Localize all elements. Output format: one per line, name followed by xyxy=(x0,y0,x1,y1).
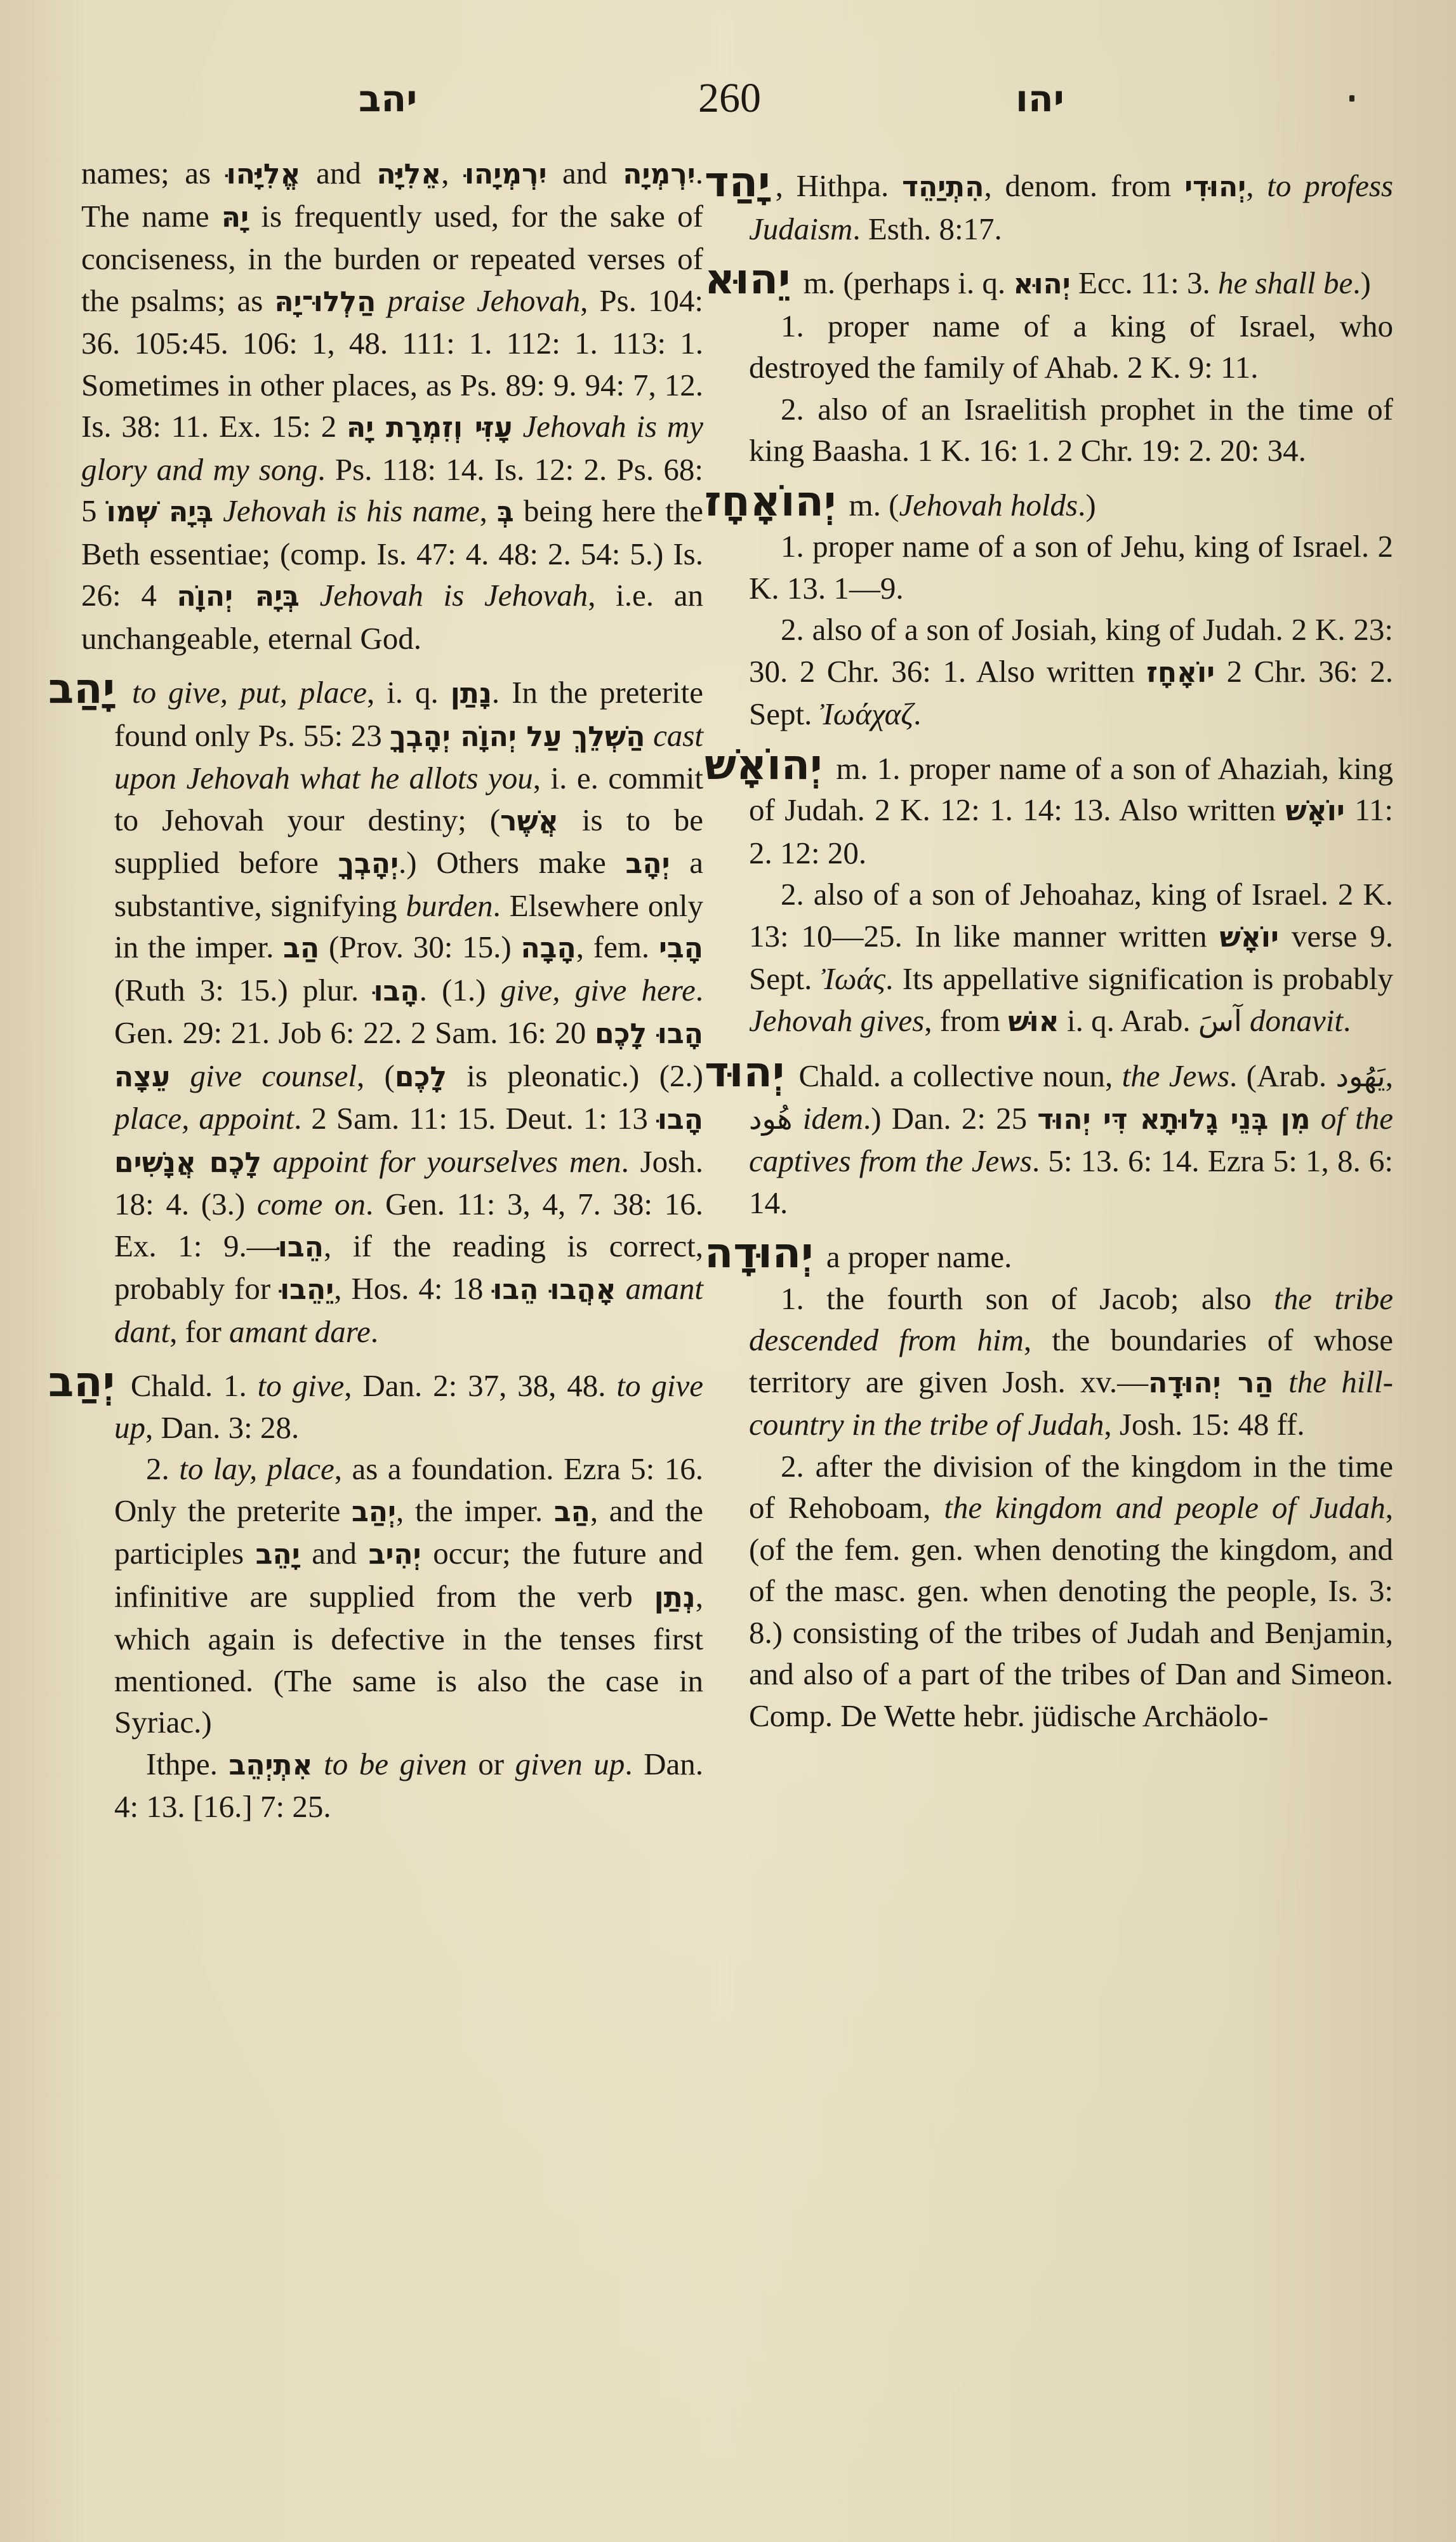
hebrew-text: אֵלִיָּה xyxy=(376,158,441,190)
ink-speck xyxy=(1349,95,1354,102)
entry-sense: 2. also of a son of Josiah, king of Juda… xyxy=(749,609,1393,735)
hebrew-text: יִרְמְיָהוּ xyxy=(465,158,547,190)
hebrew-text: הָבִי xyxy=(659,932,703,964)
right-column: יָהַד, Hithpa. הִתְיַהֵד, denom. from יְ… xyxy=(736,152,1393,1740)
hebrew-text: נְתַן xyxy=(654,1581,696,1614)
right-entries: יָהַד, Hithpa. הִתְיַהֵד, denom. from יְ… xyxy=(736,161,1393,1736)
italic-gloss: the kingdom and people of Judah xyxy=(944,1490,1385,1525)
hebrew-text: יוֹאָשׁ xyxy=(1220,921,1279,954)
italic-gloss: give, give here xyxy=(501,973,696,1008)
dictionary-entry: יֵהוּא m. (perhaps i. q. יְהוּא Ecc. 11:… xyxy=(736,258,1393,472)
page-number: 260 xyxy=(698,73,761,124)
hebrew-text: יְהַב xyxy=(352,1496,396,1528)
hebrew-text: יִרְמְיָה xyxy=(623,158,695,190)
hebrew-text: יָהּ xyxy=(222,201,249,234)
hebrew-text: יָהֵב xyxy=(256,1538,300,1571)
right-running-head: יהו xyxy=(1016,73,1064,124)
hebrew-text: הַר יְהוּדָה xyxy=(1148,1367,1274,1399)
dictionary-entry: יָהַד, Hithpa. הִתְיַהֵד, denom. from יְ… xyxy=(736,161,1393,250)
italic-gloss: to lay, place xyxy=(179,1451,334,1486)
hebrew-text: הַשְׁלֵךְ עַל יְהוָֹה יְהָבְךָ xyxy=(390,721,645,753)
hebrew-text: יוֹאָחָז xyxy=(1146,656,1215,689)
dictionary-entry: יָהַב to give, put, place, i. q. נָתַן. … xyxy=(81,668,703,1352)
dictionary-entry: יְהוֹאָחָז m. (Jehovah holds.)1. proper … xyxy=(736,481,1393,735)
hebrew-text: נָתַן xyxy=(451,677,492,710)
italic-gloss: idem xyxy=(803,1101,863,1136)
dictionary-entry: יְהוֹאָשׁ m. 1. proper name of a son of … xyxy=(736,744,1393,1043)
entry-headword: יְהוֹאָשׁ xyxy=(705,740,823,789)
hebrew-text: הֵבוּ xyxy=(278,1231,324,1263)
italic-gloss: burden xyxy=(406,888,493,923)
entry-headword: יְהוּד xyxy=(705,1048,784,1096)
running-header: יהב 260 יהו xyxy=(0,73,1456,124)
italic-gloss: praise Jehovah xyxy=(387,283,580,318)
entry-sense: 2. also of a son of Jehoahaz, king of Is… xyxy=(749,874,1393,1042)
left-column: names; as אֱלִיָּהוּ and אֵלִיָּה, יִרְמ… xyxy=(81,152,703,1832)
italic-gloss: place, appoint xyxy=(114,1101,294,1136)
entry-sense: 1. proper name of a son of Jehu, king of… xyxy=(749,526,1393,609)
entry-definition: יָהַד, Hithpa. הִתְיַהֵד, denom. from יְ… xyxy=(749,161,1393,250)
hebrew-text: בְּ xyxy=(497,496,514,528)
entry-headword: יָהַד xyxy=(705,157,771,206)
hebrew-text: בְּיָהּ שְׁמוֹ xyxy=(107,496,213,528)
hebrew-text: יֵהֵבוּ xyxy=(280,1274,334,1306)
entry-headword: יְהוֹאָחָז xyxy=(705,477,836,526)
dictionary-entry: יְהוּדָה a proper name.1. the fourth son… xyxy=(736,1232,1393,1736)
entry-sense: 2. also of an Israelitish prophet in the… xyxy=(749,389,1393,472)
italic-gloss: come on xyxy=(257,1187,366,1221)
dictionary-entry: יְהַב Chald. 1. to give, Dan. 2: 37, 38,… xyxy=(81,1361,703,1828)
arabic-text: يَهُود xyxy=(1335,1059,1385,1093)
hebrew-text: הָבָה xyxy=(520,932,576,964)
entry-sense: 2. after the division of the kingdom in … xyxy=(749,1446,1393,1737)
entry-definition: יְהוֹאָשׁ m. 1. proper name of a son of … xyxy=(749,744,1393,874)
italic-gloss: the hill-country in the tribe of Judah xyxy=(749,1364,1393,1442)
continuation-paragraph: names; as אֱלִיָּהוּ and אֵלִיָּה, יִרְמ… xyxy=(81,152,703,659)
hebrew-text: הַב xyxy=(283,932,319,964)
italic-gloss: Jehovah gives xyxy=(749,1003,924,1038)
italic-gloss: Jehovah holds xyxy=(899,488,1078,522)
italic-gloss: give counsel xyxy=(190,1058,357,1093)
entry-headword: יְהַב xyxy=(48,1357,115,1406)
hebrew-text: יוֹאָשׁ xyxy=(1285,795,1344,827)
entry-sense: Ithpe. אִתְיְהֵב to be given or given up… xyxy=(114,1743,703,1828)
hebrew-text: לָכֶם xyxy=(395,1061,447,1093)
hebrew-text: עָזִּי וְזִמְרָת יָהּ xyxy=(347,411,513,444)
entry-sense: 1. proper name of a king of Israel, who … xyxy=(749,305,1393,389)
italic-gloss: to give, put, place xyxy=(132,675,367,710)
italic-gloss: donavit xyxy=(1250,1003,1343,1038)
hebrew-text: אָהֲבוּ הֵבוּ xyxy=(493,1274,616,1306)
dictionary-page: יהב 260 יהו names; as אֱלִיָּהוּ and אֵל… xyxy=(0,0,1456,2542)
italic-gloss: Jehovah is his name xyxy=(223,493,479,528)
italic-gloss: the tribe descended from him xyxy=(749,1281,1393,1358)
hebrew-text: יְהוּדִי xyxy=(1184,171,1246,203)
hebrew-text: הָבוּ xyxy=(373,975,419,1008)
hebrew-text: אִתְיְהֵב xyxy=(228,1749,312,1781)
entry-headword: יֵהוּא xyxy=(705,255,790,303)
greek-text: Ἰωάχαζ xyxy=(820,696,914,731)
hebrew-text: יְהָב xyxy=(626,848,670,880)
entry-definition: יֵהוּא m. (perhaps i. q. יְהוּא Ecc. 11:… xyxy=(749,258,1393,305)
hebrew-text: הַב xyxy=(554,1496,590,1528)
entry-definition: יְהוֹאָחָז m. (Jehovah holds.) xyxy=(749,481,1393,526)
arabic-text: هُود xyxy=(749,1101,793,1136)
entry-definition: יָהַב to give, put, place, i. q. נָתַן. … xyxy=(114,668,703,1352)
italic-gloss: given up xyxy=(515,1747,625,1781)
entry-definition: יְהַב Chald. 1. to give, Dan. 2: 37, 38,… xyxy=(114,1361,703,1448)
italic-gloss: he shall be xyxy=(1218,265,1353,300)
italic-gloss: to give up xyxy=(114,1368,703,1445)
arabic-text: آسَ xyxy=(1198,1004,1242,1038)
entry-sense: 2. to lay, place, as a foundation. Ezra … xyxy=(114,1448,703,1743)
entry-definition: יְהוּד Chald. a collective noun, the Jew… xyxy=(749,1051,1393,1223)
hebrew-text: אֱלִיָּהוּ xyxy=(227,158,301,190)
hebrew-text: הִתְיַהֵד xyxy=(902,171,984,203)
italic-gloss: Jehovah is Jehovah xyxy=(320,578,588,613)
italic-gloss: amant dare xyxy=(229,1314,371,1349)
hebrew-text: אוּשׁ xyxy=(1008,1006,1059,1038)
dictionary-entry: יְהוּד Chald. a collective noun, the Jew… xyxy=(736,1051,1393,1223)
hebrew-text: בְּיָהּ יְהוָֹה xyxy=(177,580,300,613)
hebrew-text: יְהוּא xyxy=(1013,268,1070,300)
hebrew-text: מִן בְּנֵי גָלוּתָא דִּי יְהוּד xyxy=(1037,1103,1310,1136)
hebrew-text: יְהָבְךָ xyxy=(338,848,399,880)
italic-gloss: to give xyxy=(258,1368,345,1403)
hebrew-text: הַלְלוּ־יָהּ xyxy=(274,286,376,318)
left-entries: יָהַב to give, put, place, i. q. נָתַן. … xyxy=(81,668,703,1828)
italic-gloss: the Jews xyxy=(1122,1058,1229,1093)
italic-gloss: appoint for yourselves men xyxy=(273,1144,621,1179)
entry-definition: יְהוּדָה a proper name. xyxy=(749,1232,1393,1278)
entry-headword: יְהוּדָה xyxy=(705,1228,814,1277)
hebrew-text: אֲשֶׁר xyxy=(500,805,559,837)
italic-gloss: to profess Judaism xyxy=(749,168,1393,246)
entry-headword: יָהַב xyxy=(48,664,115,713)
hebrew-text: יְהִיב xyxy=(369,1538,421,1571)
entry-sense: 1. the fourth son of Jacob; also the tri… xyxy=(749,1278,1393,1446)
greek-text: Ἰωάς xyxy=(821,961,885,996)
left-running-head: יהב xyxy=(359,73,417,124)
italic-gloss: to be given xyxy=(324,1747,467,1781)
